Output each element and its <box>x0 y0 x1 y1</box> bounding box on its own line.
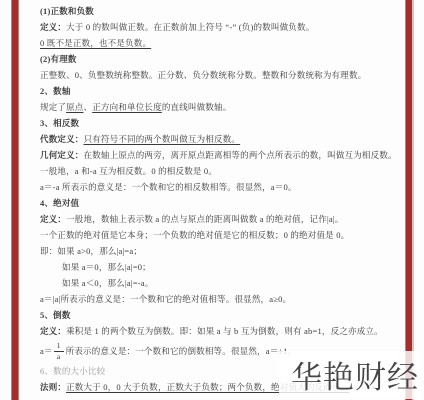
text-segment: (1)正数和负数 <box>40 6 94 16</box>
text-segment: 几何定义： <box>40 150 84 160</box>
text-segment: (2)有理数 <box>40 54 77 64</box>
doc-line: 正整数、0、负整数统称整数。正分数、负分数统称分数。整数和分数统称为有理数。 <box>40 67 380 83</box>
doc-line: 即：如果 a>0，那么|a|=a； <box>40 243 380 259</box>
text-segment: 正方向和单位长度 <box>92 102 162 112</box>
text-segment: 定义： <box>40 214 66 224</box>
text-segment: 5、倒数 <box>40 310 71 320</box>
text-segment: 如果 a＝0，那么|a|=0； <box>62 262 151 272</box>
text-segment: 代数定义： <box>40 134 84 144</box>
text-segment: 规定了 <box>40 102 66 112</box>
text-segment: a＝-a 所表示的意义是：一个数和它的相反数相等。很显然，a＝0。 <box>40 182 297 192</box>
doc-line: 0 既不是正数，也不是负数。 <box>40 35 380 51</box>
text-segment: 所表示的意义是：一个数和它的倒数相等。很显然，a＝±1。 <box>66 346 297 356</box>
text-segment: 乘积是 1 的两个数互为倒数。即：如果 a 与 b 互为倒数，则有 ab=1，反… <box>66 326 383 336</box>
text-segment: 如果 a＜0，那么|a|=-a。 <box>62 278 153 288</box>
doc-line: 几何定义：在数轴上原点的两旁，离开原点距离相等的两个点所表示的数，叫做互为相反数… <box>40 147 380 163</box>
text-segment: 、 <box>84 102 93 112</box>
doc-line: 如果 a＝0，那么|a|=0； <box>40 259 380 275</box>
doc-line: a＝-a 所表示的意义是：一个数和它的相反数相等。很显然，a＝0。 <box>40 179 380 195</box>
doc-line: 5、倒数 <box>40 307 380 323</box>
doc-line: 2、数轴 <box>40 83 380 99</box>
doc-line: 定义：乘积是 1 的两个数互为倒数。即：如果 a 与 b 互为倒数，则有 ab=… <box>40 323 380 339</box>
text-segment: 2、数轴 <box>40 86 71 96</box>
document-content: (1)正数和负数定义：大于 0 的数叫做正数。在正数前加上符号 “-” (负)的… <box>40 3 380 395</box>
doc-line: 定义：一般地，数轴上表示数 a 的点与原点的距离叫做数 a 的绝对值，记作|a|… <box>40 211 380 227</box>
doc-line: 一般地，a 和-a 互为相反数。0 的相反数是 0。 <box>40 163 380 179</box>
doc-line: a＝|a|所表示的意义是：一个数和它的绝对值相等。很显然，a≥0。 <box>40 291 380 307</box>
text-segment: 的直线叫做数轴。 <box>162 102 232 112</box>
doc-line: (2)有理数 <box>40 51 380 67</box>
text-segment: a＝ <box>40 346 53 356</box>
text-segment: 定义： <box>40 326 66 336</box>
text-segment: 定义： <box>40 22 66 32</box>
text-segment: 一般地，a 和-a 互为相反数。0 的相反数是 0。 <box>40 166 217 176</box>
doc-line: 3、相反数 <box>40 115 380 131</box>
text-segment: 在数轴上原点的两旁，离开原点距离相等的两个点所表示的数，叫做互为相反数。 <box>84 150 397 160</box>
text-segment: 大于 0 的数叫做正数。在正数前加上符号 “-” (负)的数叫做负数。 <box>66 22 314 32</box>
doc-line: 规定了原点、正方向和单位长度的直线叫做数轴。 <box>40 99 380 115</box>
text-segment: 即：如果 a>0，那么|a|=a； <box>40 246 142 256</box>
text-segment: 正整数、0、负整数统称整数。正分数、负分数统称分数。整数和分数统称为有理数。 <box>40 70 366 80</box>
doc-line: 4、绝对值 <box>40 195 380 211</box>
text-segment: 3、相反数 <box>40 118 79 128</box>
text-segment: 法则： <box>40 382 66 392</box>
text-segment: 6、数的大小比较 <box>40 366 105 376</box>
left-margin-rule <box>11 0 19 400</box>
right-margin-rule <box>405 0 414 400</box>
doc-line: 定义：大于 0 的数叫做正数。在正数前加上符号 “-” (负)的数叫做负数。 <box>40 19 380 35</box>
text-segment: 一个正数的绝对值是它本身；一个负数的绝对值是它的相反数；0 的绝对值是 0。 <box>40 230 349 240</box>
doc-line: 代数定义：只有符号不同的两个数叫做互为相反数。 <box>40 131 380 147</box>
text-segment: 一般地，数轴上表示数 a 的点与原点的距离叫做数 a 的绝对值，记作|a|。 <box>66 214 343 224</box>
document-page: (1)正数和负数定义：大于 0 的数叫做正数。在正数前加上符号 “-” (负)的… <box>0 0 424 400</box>
doc-line: (1)正数和负数 <box>40 3 380 19</box>
doc-line: 如果 a＜0，那么|a|=-a。 <box>40 275 380 291</box>
text-segment: 0 既不是正数，也不是负数。 <box>40 38 151 48</box>
text-segment: 原点 <box>66 102 83 112</box>
watermark: 华艳财经 <box>279 351 421 399</box>
doc-line: 一个正数的绝对值是它本身；一个负数的绝对值是它的相反数；0 的绝对值是 0。 <box>40 227 380 243</box>
fraction: 1a <box>54 342 64 360</box>
text-segment: a＝|a|所表示的意义是：一个数和它的绝对值相等。很显然，a≥0。 <box>40 294 291 304</box>
text-segment: 只有符号不同的两个数叫做互为相反数。 <box>84 134 241 144</box>
text-segment: 4、绝对值 <box>40 198 79 208</box>
